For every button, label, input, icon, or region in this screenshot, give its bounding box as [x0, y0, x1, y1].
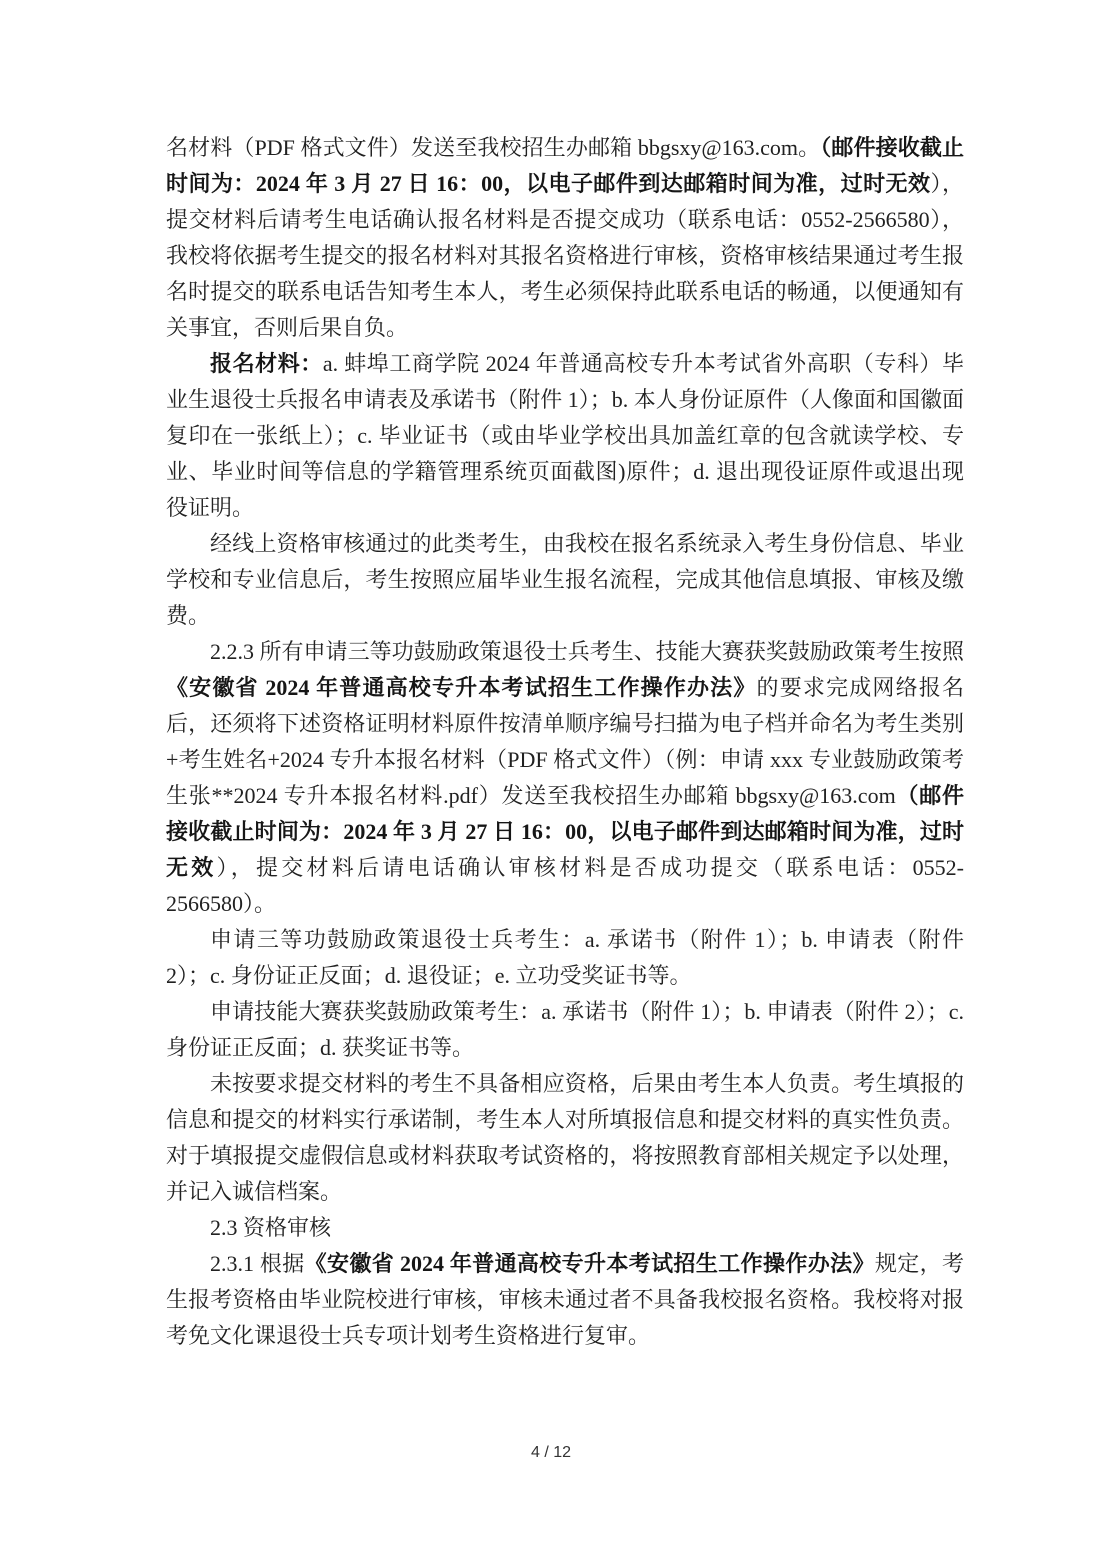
text-run-bold: 报名材料： — [210, 351, 323, 376]
text-run-bold: 《安徽省 2024 年普通高校专升本考试招生工作操作办法》 — [166, 675, 757, 700]
text-run: 2.3.1 根据 — [210, 1251, 305, 1276]
text-run: 2.2.3 所有申请三等功鼓励政策退役士兵考生、技能大赛获奖鼓励政策考生按照 — [210, 639, 964, 664]
text-run: 申请三等功鼓励政策退役士兵考生：a. 承诺书（附件 1）；b. 申请表（附件 2… — [166, 927, 964, 988]
document-page: 名材料（PDF 格式文件）发送至我校招生办邮箱 bbgsxy@163.com。（… — [0, 0, 1102, 1559]
text-run-bold: 《安徽省 2024 年普通高校专升本考试招生工作操作办法》 — [305, 1251, 875, 1276]
text-run: 申请技能大赛获奖鼓励政策考生：a. 承诺书（附件 1）；b. 申请表（附件 2）… — [166, 999, 964, 1060]
heading-2-3-qualification-review: 2.3 资格审核 — [166, 1210, 964, 1246]
paragraph-continuation-email-submit: 名材料（PDF 格式文件）发送至我校招生办邮箱 bbgsxy@163.com。（… — [166, 130, 964, 346]
text-run: ），提交材料后请考生电话确认报名材料是否提交成功（联系电话：0552-25665… — [166, 171, 964, 340]
page-footer: 4 / 12 — [0, 1444, 1102, 1462]
paragraph-application-materials: 报名材料：a. 蚌埠工商学院 2024 年普通高校专升本考试省外高职（专科）毕业… — [166, 346, 964, 526]
paragraph-skills-competition-list: 申请技能大赛获奖鼓励政策考生：a. 承诺书（附件 1）；b. 申请表（附件 2）… — [166, 994, 964, 1066]
paragraph-responsibility-notice: 未按要求提交材料的考生不具备相应资格，后果由考生本人负责。考生填报的信息和提交的… — [166, 1066, 964, 1210]
paragraph-third-class-merit-list: 申请三等功鼓励政策退役士兵考生：a. 承诺书（附件 1）；b. 申请表（附件 2… — [166, 922, 964, 994]
paragraph-2-2-3: 2.2.3 所有申请三等功鼓励政策退役士兵考生、技能大赛获奖鼓励政策考生按照《安… — [166, 634, 964, 922]
paragraph-2-3-1: 2.3.1 根据《安徽省 2024 年普通高校专升本考试招生工作操作办法》规定，… — [166, 1246, 964, 1354]
text-run: a. 蚌埠工商学院 2024 年普通高校专升本考试省外高职（专科）毕业生退役士兵… — [166, 351, 964, 520]
paragraph-online-review: 经线上资格审核通过的此类考生，由我校在报名系统录入考生身份信息、毕业学校和专业信… — [166, 526, 964, 634]
page-number: 4 / 12 — [531, 1444, 571, 1461]
document-body: 名材料（PDF 格式文件）发送至我校招生办邮箱 bbgsxy@163.com。（… — [166, 130, 964, 1354]
text-run: 2.3 资格审核 — [210, 1215, 331, 1240]
text-run: 未按要求提交材料的考生不具备相应资格，后果由考生本人负责。考生填报的信息和提交的… — [166, 1071, 964, 1204]
text-run: ），提交材料后请电话确认审核材料是否成功提交（联系电话：0552-2566580… — [166, 855, 964, 916]
text-run: 经线上资格审核通过的此类考生，由我校在报名系统录入考生身份信息、毕业学校和专业信… — [166, 531, 964, 628]
text-run: 名材料（PDF 格式文件）发送至我校招生办邮箱 bbgsxy@163.com。 — [166, 135, 820, 160]
